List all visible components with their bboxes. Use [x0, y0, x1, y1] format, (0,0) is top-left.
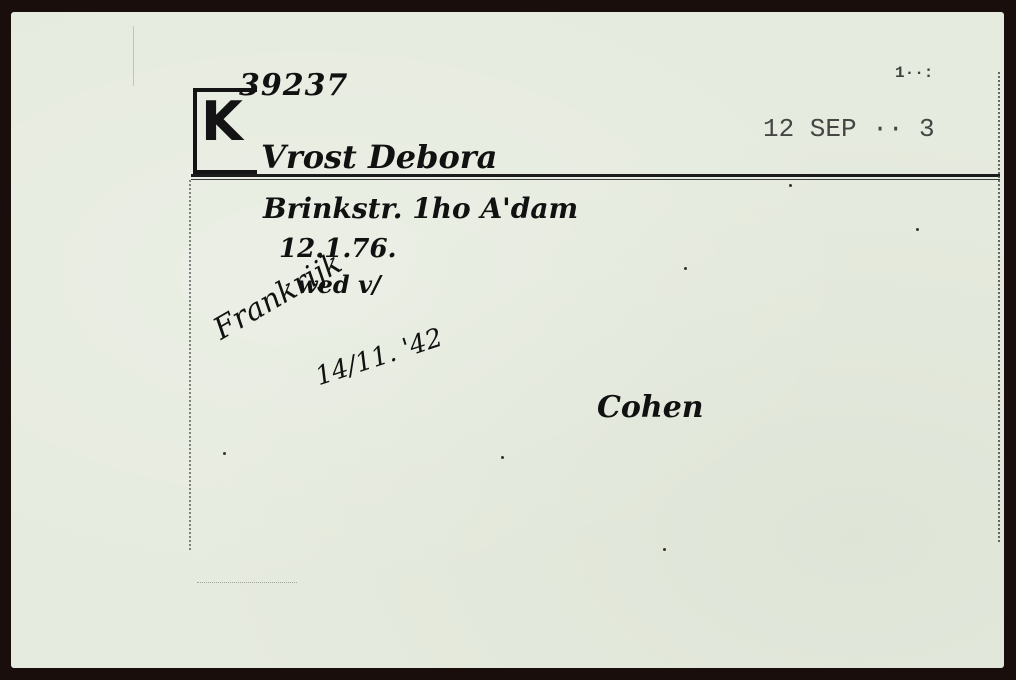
- speck: [916, 228, 919, 231]
- card-number: 39237: [239, 68, 348, 103]
- person-name: Vrost Debora: [261, 138, 497, 176]
- index-card: K 39237 Vrost Debora 1··: 12 SEP ·· 3 Br…: [11, 12, 1004, 668]
- registration-letter: K: [201, 92, 241, 152]
- speck: [663, 548, 666, 551]
- signature: Cohen: [597, 390, 704, 425]
- stamp-top-mark: 1··:: [895, 64, 933, 82]
- date-stamp: 12 SEP ·· 3: [763, 114, 935, 144]
- speck: [684, 267, 687, 270]
- speck: [789, 184, 792, 187]
- address: Brinkstr. 1ho A'dam: [263, 192, 578, 225]
- speck: [501, 456, 504, 459]
- annotation-date: 14/11. '42: [312, 323, 447, 392]
- speck: [223, 452, 226, 455]
- left-margin-dots: [189, 180, 191, 550]
- scan-artifact-line: [133, 26, 134, 86]
- right-margin-dots: [998, 72, 1000, 542]
- bottom-margin-dots: [197, 582, 297, 583]
- header-rule-thin: [191, 179, 1000, 180]
- header-rule: [191, 174, 1000, 177]
